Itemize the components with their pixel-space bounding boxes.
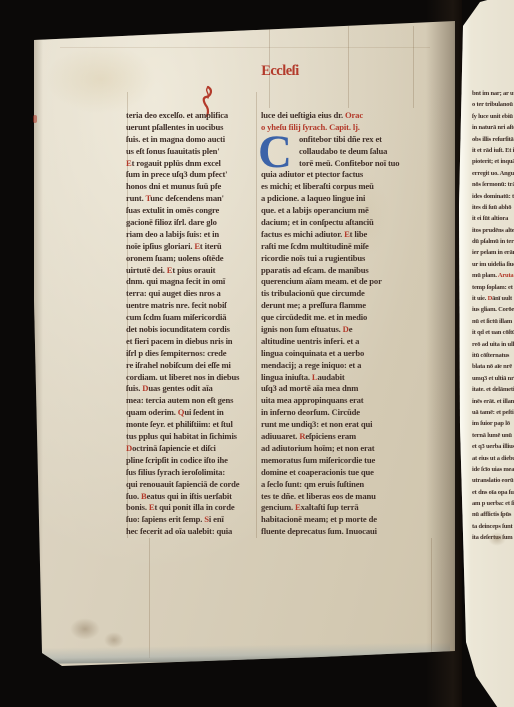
text-line: at eius ut a diebus [472, 453, 514, 464]
text-line: pparatis ad eſcam. de manibus [261, 264, 431, 276]
text-line: derunt me; a preſſura flamme [261, 299, 431, 311]
text-line: obs illis reſurſitā [472, 134, 514, 145]
text-line: utranslatio eorū [472, 475, 514, 486]
text-line: lingua coinquinata et a uerbo [261, 347, 431, 359]
text-line: itos prudēns alteū [472, 225, 514, 236]
text-line: altitudine uentris inferi. et a [261, 335, 431, 347]
text-line: cordiam. ut liberet nos in diebus [126, 371, 256, 383]
page-edge-shadow [33, 38, 43, 663]
text-line: quam oderim. Qui ſedent in [126, 406, 256, 418]
text-line: et q3 uerba illius [472, 441, 514, 452]
text-line: nū afflictis ſpūs [472, 509, 514, 520]
text-line: nōs ſermonū: trā [472, 179, 514, 190]
text-line: ſuis. et in magna domo aucti [126, 133, 256, 145]
text-line: erregit uo. Anguā [472, 168, 514, 179]
gutter-shadow [426, 0, 462, 707]
text-line: bnt im nar; ar ut [472, 88, 514, 99]
text-line: ſuis. Duas gentes odit aīa [126, 382, 256, 394]
stain [488, 532, 506, 546]
text-line: gacionē filioz iſrl. dare glo [126, 216, 256, 228]
text-line: monte ſeyr. et philiſtiim: et ſtul [126, 418, 256, 430]
text-line: umq3 et ultiā nrī [472, 373, 514, 384]
text-line: am p uerba: et ſic [472, 498, 514, 509]
text-line: pline ſcripſit in codice iſto ihe [126, 454, 256, 466]
text-line: uentre matris nre. fecit nobiſ [126, 299, 256, 311]
text-line: mū plam. Aruta [472, 270, 514, 281]
text-line: mendacij; a rege iniquo: et a [261, 359, 431, 371]
text-line: ſuo: ſapiens erit ſemp. Si enī [126, 513, 256, 525]
text-line: ſuo. Beatus qui in iſtis uerſabit [126, 490, 256, 502]
text-line: nū et ſictū illam [472, 316, 514, 327]
text-line: re iſrahel nobiſcum dei eſſe mi [126, 359, 256, 371]
text-line: querencium aīam meam. et de por [261, 275, 431, 287]
manuscript-photo: Eccleſi teria deo excelſo. et amplificau… [0, 0, 514, 707]
text-line: ſus filius ſyrach ieroſolimita: [126, 466, 256, 478]
stain [104, 632, 124, 648]
text-line: runt me undiq3: et non erat qui [261, 418, 431, 430]
text-line: uſq3 ad mortē aīa mea dnm [261, 382, 431, 394]
text-line: tus pplus qui habitat in ſichimis [126, 430, 256, 442]
text-line: adiuuaret. Reſpiciens eram [261, 430, 431, 442]
text-line: ites di ſuū abhō [472, 202, 514, 213]
stain [46, 44, 156, 114]
text-line: bonis. Et qui ponit illa in corde [126, 501, 256, 513]
text-line: runt. Tunc deſcendens man' [126, 192, 256, 204]
text-line: a ſeclo ſunt: qm eruis ſuſtinen [261, 478, 431, 490]
text-line: luce dei ueſtigia eius dr. Orac [261, 109, 431, 121]
text-line: im ſuior pap lō [472, 418, 514, 429]
text-line: ignis non ſum eſtuatus. De [261, 323, 431, 335]
text-line: tes te dñe. et liberas eos de manu [261, 490, 431, 502]
text-line: reō ad uita in ulla [472, 339, 514, 350]
text-line: honos dni et munus ſuū pfe [126, 180, 256, 192]
text-line: ad adiutorium hoīm; et non erat [261, 442, 431, 454]
text-line: det nobis iocunditatem cordis [126, 323, 256, 335]
text-line: uā tamē: et peſti [472, 407, 514, 418]
text-line: raſti me ſcdm multitudinē miſe [261, 240, 431, 252]
text-line: pioterit; et inquā [472, 156, 514, 167]
text-line: oronem ſuam; uolens oſtēde [126, 252, 256, 264]
text-line: uita mea appropinquans erat [261, 394, 431, 406]
illuminated-initial: C [258, 130, 292, 174]
text-line: it qd et uan cōſtū [472, 327, 514, 338]
text-line: riam deo a labijs ſuis: et in [126, 228, 256, 240]
text-line: hec fecerit ad oīa ualebit: quia [126, 525, 256, 537]
left-text-column: teria deo excelſo. et amplificauerunt pſ… [126, 109, 256, 537]
text-line: ternā lumē unū [472, 430, 514, 441]
text-line: o ter tribulanoū [472, 99, 514, 110]
text-line: uirtutē dei. Et pius orauit [126, 264, 256, 276]
text-line: us eſt ſonus ſuauitatis plen' [126, 145, 256, 157]
ruling-line [60, 47, 430, 48]
text-line: fluente deprecatus ſum. Inuocaui [261, 525, 431, 537]
text-line: Et rogauit pplūs dnm excel [126, 157, 256, 169]
text-line: Doctrinā ſapiencie et diſci [126, 442, 256, 454]
text-line: ricordie noīs tui a rugientibus [261, 252, 431, 264]
text-line: temp ſoplam: et [472, 282, 514, 293]
text-line: iſrl p dies ſempiternos: crede [126, 347, 256, 359]
text-line: ſy luce unit ebiū [472, 111, 514, 122]
text-line: uerunt pſallentes in uocibus [126, 121, 256, 133]
text-line: memoratus ſum miſericordie tue [261, 454, 431, 466]
text-line: et dns oīa opa ſua [472, 487, 514, 498]
text-line: it et rād iuſt. Et ib [472, 145, 514, 156]
text-line: mea: tercia autem non eſt gens [126, 394, 256, 406]
text-line: itate. et delāmeti [472, 384, 514, 395]
text-line: habitacionē meam; et p morte de [261, 513, 431, 525]
text-line: ides dominatū: t [472, 191, 514, 202]
text-line: dacium; et in conſpectu aſtanciū [261, 216, 431, 228]
ruling-line [256, 92, 257, 538]
ruling-line [149, 538, 150, 658]
text-line: noīe ipſius gloriari. Et iterū [126, 240, 256, 252]
running-title: Eccleſi [250, 63, 310, 80]
text-line: gencium. Exaltaſti ſup terrā [261, 501, 431, 513]
text-line: lingua iniuſta. Laudabit [261, 371, 431, 383]
right-text-column: C luce dei ueſtigia eius dr. Oraco yheſu… [261, 109, 431, 537]
text-line: ide ſcīo uias meas [472, 464, 514, 475]
text-line: ſum in prece uſq3 dum pfect' [126, 168, 256, 180]
text-line: in naturā nri aſte [472, 122, 514, 133]
text-line: ier pelam in erām [472, 247, 514, 258]
text-line: ius gliam. Corōe [472, 304, 514, 315]
text-line: que. et a labijs operancium mē [261, 204, 431, 216]
text-line: inēs erāt. et illam [472, 396, 514, 407]
text-line: terra: qui auget dies nros a [126, 287, 256, 299]
text-line: ta deinceps ſunt [472, 521, 514, 532]
text-line: itū cōſternatus [472, 350, 514, 361]
text-line: a pdicione. a laqueo lingue ini [261, 192, 431, 204]
text-line: es michi; et liberaſti corpus meū [261, 180, 431, 192]
text-line: que circūdedit me. et in medio [261, 311, 431, 323]
text-line: ur im uidelia ſiue [472, 259, 514, 270]
text-line: it ei ſūt altiora [472, 213, 514, 224]
facing-page-text: bnt im nar; ar uto ter tribulanoūſy luce… [472, 88, 514, 544]
text-line: cum ſcdm ſuam miſericordiā [126, 311, 256, 323]
stain [70, 618, 100, 640]
text-line: it uie. Dānī uult [472, 293, 514, 304]
text-line: blata nō aīe nrē [472, 361, 514, 372]
ruling-line [348, 26, 349, 108]
margin-mark [33, 115, 37, 123]
text-line: ſuas extulit in omēs congre [126, 204, 256, 216]
text-line: factus es michi adiutor. Et libe [261, 228, 431, 240]
text-line: dū pſalmū in terrā [472, 236, 514, 247]
text-line: domine et coaperacionis tue que [261, 466, 431, 478]
text-line: et fieri pacem in diebus nris in [126, 335, 256, 347]
text-line: teria deo excelſo. et amplifica [126, 109, 256, 121]
text-line: qui renouauit ſapienciā de corde [126, 478, 256, 490]
ruling-line [413, 26, 414, 108]
text-line: dnm. qui magna fecit in omī [126, 275, 256, 287]
text-line: tis tribulacionū que circumde [261, 287, 431, 299]
text-line: in inferno deorſum. Circūde [261, 406, 431, 418]
